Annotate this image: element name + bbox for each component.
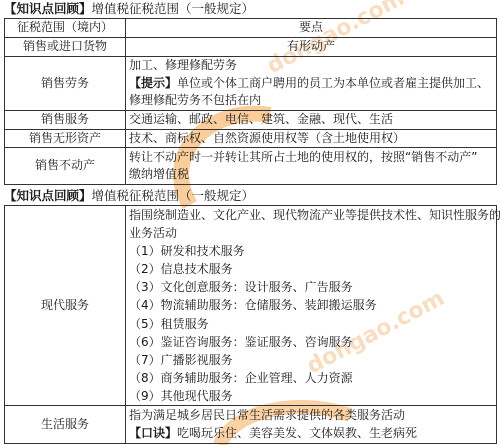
row-name: 销售不动产 <box>5 148 126 185</box>
mnemonic-text: 吃喝玩乐住、美容美发、文体娱教、生老病死 <box>177 426 417 440</box>
content-line: 加工、修理修配劳务 <box>129 57 493 75</box>
table-row: 生活服务 指为满足城乡居民日常生活需求提供的各类服务活动 【口诀】吃喝玩乐住、美… <box>5 406 497 444</box>
tip-line: 【口诀】吃喝玩乐住、美容美发、文体娱教、生老病死 <box>129 425 493 443</box>
tip-line: 【提示】单位或个体工商户聘用的员工为本单位或者雇主提供加工、 <box>129 75 493 93</box>
content-line: （1）研发和技术服务 <box>129 242 493 260</box>
vat-scope-table-2: 现代服务 指围绕制造业、文化产业、现代物流产业等提供技术性、知识性服务的 业务活… <box>4 205 497 444</box>
table-row: 销售不动产 转让不动产时一并转让其所占土地的使用权的，按照“销售不动产” 缴纳增… <box>5 148 497 185</box>
mnemonic-label: 【口诀】 <box>129 426 177 440</box>
row-name: 生活服务 <box>5 406 126 444</box>
content-line: 指围绕制造业、文化产业、现代物流产业等提供技术性、知识性服务的 <box>129 206 493 224</box>
table-row: 销售服务 交通运输、邮政、电信、建筑、金融、现代、生活 <box>5 111 497 130</box>
table-row: 销售无形资产 技术、商标权、自然资源使用权等（含土地使用权） <box>5 129 497 148</box>
row-content: 指围绕制造业、文化产业、现代物流产业等提供技术性、知识性服务的 业务活动 （1）… <box>126 206 497 406</box>
row-content: 指为满足城乡居民日常生活需求提供的各类服务活动 【口诀】吃喝玩乐住、美容美发、文… <box>126 406 497 444</box>
vat-scope-table-1: 征税范围（境内） 要点 销售或进口货物 有形动产 销售劳务 加工、修理修配劳务 … <box>4 18 497 185</box>
section2-title-bracket: 【知识点回顾】 <box>4 188 92 203</box>
content-line: 转让不动产时一并转让其所占土地的使用权的，按照“销售不动产” <box>129 149 493 167</box>
row-content: 技术、商标权、自然资源使用权等（含土地使用权） <box>126 129 497 148</box>
section1-title-text: 增值税征税范围（一般规定） <box>92 1 255 16</box>
row-name: 销售劳务 <box>5 57 126 111</box>
section2-title: 【知识点回顾】增值税征税范围（一般规定） <box>4 187 254 204</box>
row-name: 销售服务 <box>5 111 126 130</box>
table-row: 现代服务 指围绕制造业、文化产业、现代物流产业等提供技术性、知识性服务的 业务活… <box>5 206 497 406</box>
row-content: 有形动产 <box>126 38 497 57</box>
tip-text: 单位或个体工商户聘用的员工为本单位或者雇主提供加工、 <box>177 76 489 90</box>
content-line: 修理修配劳务不包括在内 <box>129 92 493 110</box>
section2-title-text: 增值税征税范围（一般规定） <box>92 188 255 203</box>
header-key-points: 要点 <box>126 19 497 38</box>
content-line: （3）文化创意服务：设计服务、广告服务 <box>129 278 493 296</box>
table-header-row: 征税范围（境内） 要点 <box>5 19 497 38</box>
content-line: （5）租赁服务 <box>129 315 493 333</box>
content-line: （4）物流辅助服务：仓储服务、装卸搬运服务 <box>129 296 493 314</box>
table-row: 销售或进口货物 有形动产 <box>5 38 497 57</box>
content-line: 缴纳增值税 <box>129 166 493 184</box>
row-content: 加工、修理修配劳务 【提示】单位或个体工商户聘用的员工为本单位或者雇主提供加工、… <box>126 57 497 111</box>
content-line: 业务活动 <box>129 224 493 242</box>
content-line: 指为满足城乡居民日常生活需求提供的各类服务活动 <box>129 407 493 425</box>
row-name: 销售无形资产 <box>5 129 126 148</box>
table-row: 销售劳务 加工、修理修配劳务 【提示】单位或个体工商户聘用的员工为本单位或者雇主… <box>5 57 497 111</box>
content-line: （6）鉴证咨询服务：鉴证服务、咨询服务 <box>129 333 493 351</box>
row-name: 现代服务 <box>5 206 126 406</box>
content-line: （7）广播影视服务 <box>129 351 493 369</box>
section1-title-bracket: 【知识点回顾】 <box>4 1 92 16</box>
tip-label: 【提示】 <box>129 76 177 90</box>
row-content: 交通运输、邮政、电信、建筑、金融、现代、生活 <box>126 111 497 130</box>
header-scope: 征税范围（境内） <box>5 19 126 38</box>
section1-title: 【知识点回顾】增值税征税范围（一般规定） <box>4 0 254 17</box>
content-line: （9）其他现代服务 <box>129 387 493 405</box>
content-line: （8）商务辅助服务：企业管理、人力资源 <box>129 369 493 387</box>
row-content: 转让不动产时一并转让其所占土地的使用权的，按照“销售不动产” 缴纳增值税 <box>126 148 497 185</box>
row-name: 销售或进口货物 <box>5 38 126 57</box>
content-line: （2）信息技术服务 <box>129 260 493 278</box>
